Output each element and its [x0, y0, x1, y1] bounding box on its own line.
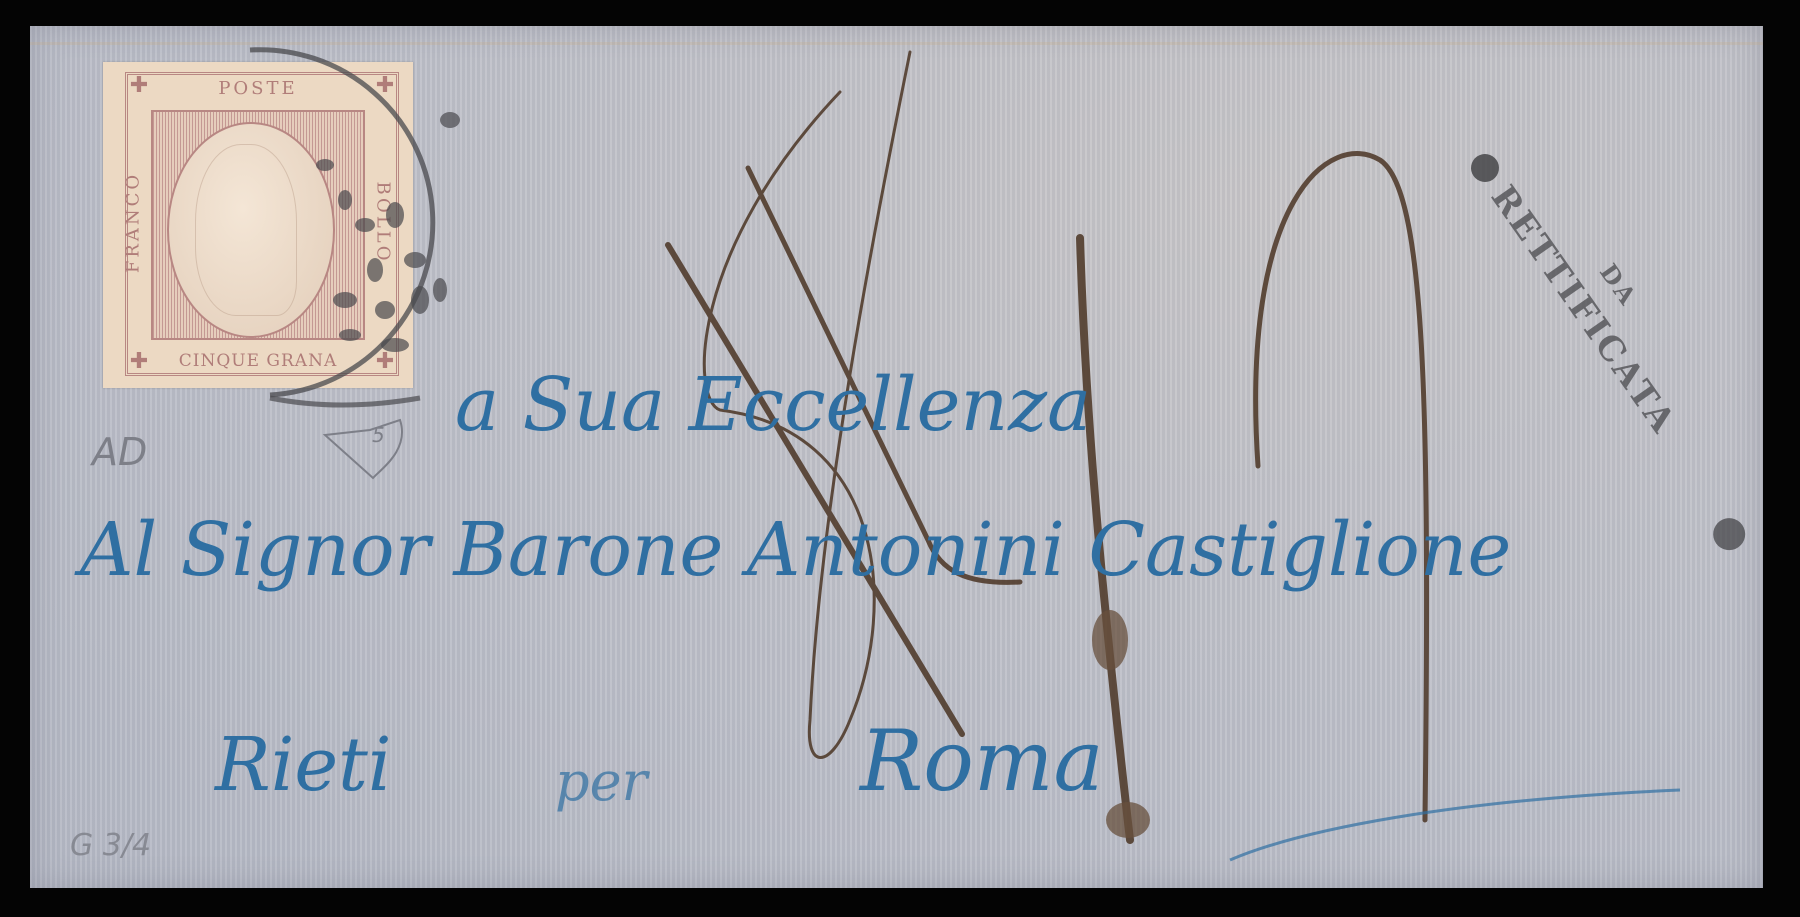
underline-flourish — [1230, 790, 1680, 860]
diagonal-postmark: RETTIFICATA DA — [1456, 124, 1794, 557]
svg-text:RETTIFICATA: RETTIFICATA — [1483, 178, 1684, 442]
heart-mark-icon — [325, 420, 402, 478]
address-line-3-origin: Rieti — [213, 722, 392, 808]
circular-postmark — [250, 50, 460, 405]
ink-overlay: RETTIFICATA DA a Sua Eccellenza Al Signo… — [0, 0, 1800, 917]
address-line-1: a Sua Eccellenza — [455, 362, 1091, 448]
pencil-note-ad: AD — [89, 430, 147, 474]
pencil-note-catalog: G 3/4 — [70, 828, 151, 863]
pencil-note-five: 5 — [372, 423, 385, 447]
address-line-3-via: per — [555, 750, 651, 813]
address-line-3-destination: Roma — [858, 712, 1104, 810]
handwritten-address: a Sua Eccellenza Al Signor Barone Antoni… — [74, 362, 1680, 860]
address-line-2: Al Signor Barone Antonini Castiglione — [74, 507, 1511, 593]
